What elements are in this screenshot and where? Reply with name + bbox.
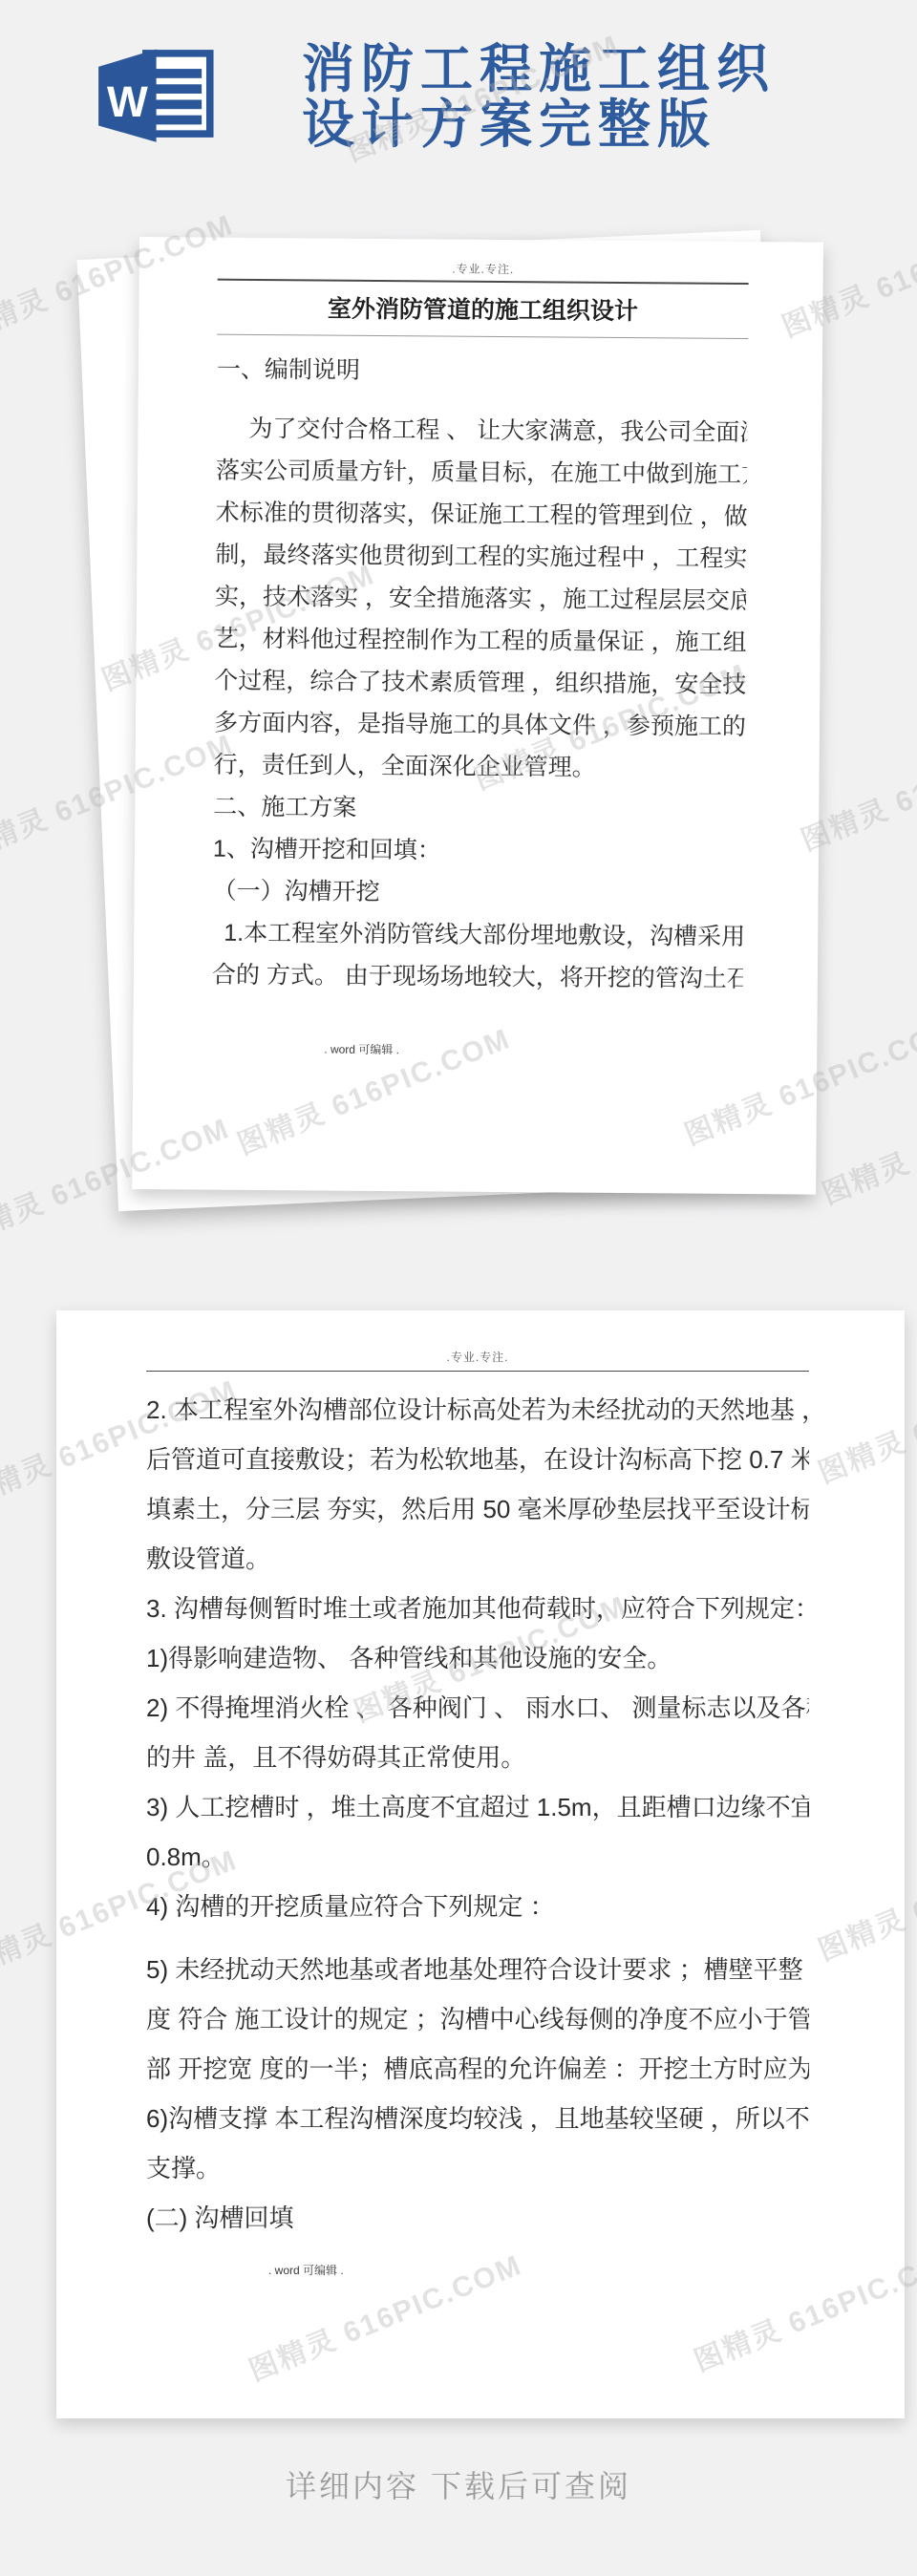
doc-text-line: 多方面内容，是指导施工的具体文件 ，参预施工的各方人员均应遵照执	[214, 702, 745, 748]
doc-text-line: 1)得影响建造物、 各种管线和其他设施的安全。	[146, 1633, 809, 1683]
doc-text-line: 为了交付合格工程 、 让大家满意，我公司全面深化企业管理 ，贯彻	[216, 408, 747, 454]
doc-text-line: 合的 方式。 由于现场场地较大，将开挖的管沟土石方就地堆放。	[212, 954, 743, 1000]
doc-brand-text: .专业.专注.	[146, 1349, 809, 1365]
doc-title: 室外消防管道的施工组织设计	[217, 279, 748, 339]
doc-text-line: （一）沟槽开挖	[212, 870, 743, 916]
doc-brand-text: .专业.专注.	[218, 259, 749, 279]
doc-text-line: 4) 沟槽的开挖质量应符合下列规定 ：	[146, 1882, 809, 1931]
download-hint-text: 详细内容 下载后可查阅	[0, 2462, 917, 2506]
doc-editable-note: . word 可编辑 .	[324, 1041, 742, 1060]
doc-text-line: 后管道可直接敷设；若为松软地基，在设计沟标高下挖 0.7 米，然后回	[146, 1435, 809, 1484]
doc-text-line: 3) 人工挖槽时 ，堆土高度不宜超过 1.5m，且距槽口边缘不宜小于	[146, 1782, 809, 1832]
doc-text-line: 行，责任到人，全面深化企业管理。	[213, 744, 744, 790]
word-icon-letter: W	[107, 77, 148, 126]
doc-text-line: 填素土，分三层 夯实，然后用 50 毫米厚砂垫层找平至设计标高 ，再	[146, 1484, 809, 1534]
doc-text-line: 1.本工程室外消防管线大部份埋地敷设，沟槽采用人工、机械开挖相接	[212, 912, 743, 958]
page-title: 消防工程施工组织 设计方案完整版	[302, 42, 776, 153]
doc-text-line: 艺，材料他过程控制作为工程的质量保证 ，施工组织设计贯彻工程的整	[215, 618, 746, 664]
watermark: 图精灵 616PIC.COM	[815, 1065, 917, 1213]
doc-text-line: 3. 沟槽每侧暂时堆土或者施加其他荷载时，应符合下列规定：	[146, 1584, 809, 1633]
doc-text-line: 落实公司质量方针，质量目标，在施工中做到施工方案 ，推进进度，技	[216, 450, 747, 496]
word-file-icon: W	[84, 40, 239, 147]
doc-text-line: 个过程，综合了技术素质管理 ，组织措施，安全技术措施，文明生产等	[214, 660, 745, 706]
doc-text-line: 的井 盖，且不得妨碍其正常使用。	[146, 1733, 809, 1782]
doc-text-line: 实，技术落实 ，安全措施落实 ，施工过程层层交底 ，用先进的技术工	[215, 576, 746, 622]
document-preview-page1[interactable]: .专业.专注. 室外消防管道的施工组织设计 一、编制说明为了交付合格工程 、 让…	[139, 237, 823, 1189]
doc-text-line: (二) 沟槽回填	[146, 2193, 809, 2243]
doc-text-line: 二、施工方案	[213, 786, 744, 832]
doc-body: 2. 本工程室外沟槽部位设计标高处若为未经扰动的天然地基 ，经平整后管道可直接敷…	[146, 1385, 809, 2243]
header: W 消防工程施工组织 设计方案完整版	[84, 40, 776, 153]
doc-text-line: 一、编制说明	[217, 349, 748, 394]
doc-editable-note: . word 可编辑 .	[268, 2262, 809, 2278]
paper-front-sheet: .专业.专注. 室外消防管道的施工组织设计 一、编制说明为了交付合格工程 、 让…	[132, 237, 823, 1195]
doc-text-line: 支撑。	[146, 2143, 809, 2193]
doc-text-line: 2) 不得掩埋消火栓 、 各种阀门 、 雨水口、 测量标志以及各种地下管道	[146, 1683, 809, 1733]
document-preview-page2[interactable]: .专业.专注. 2. 本工程室外沟槽部位设计标高处若为未经扰动的天然地基 ，经平…	[56, 1310, 905, 2418]
doc-text-line: 0.8m。	[146, 1832, 809, 1882]
doc-text-line: 敷设管道。	[146, 1534, 809, 1584]
doc-text-line: 2. 本工程室外沟槽部位设计标高处若为未经扰动的天然地基 ，经平整	[146, 1385, 809, 1435]
page-title-line2: 设计方案完整版	[302, 97, 776, 153]
page-title-line1: 消防工程施工组织	[302, 42, 776, 97]
doc-text-line: 1、沟槽开挖和回填：	[213, 828, 744, 874]
doc-text-line: 6)沟槽支撑 本工程沟槽深度均较浅 ，且地基较坚硬 ，所以不考虑沟槽	[146, 2094, 809, 2143]
doc-text-line: 制，最终落实他贯彻到工程的实施过程中 ，工程实施阶段应做到组织落	[215, 534, 746, 580]
page-canvas: 图精灵 616PIC.COM 图精灵 616PIC.COM 图精灵 616PIC…	[0, 0, 917, 2576]
doc-text-line: 术标准的贯彻落实，保证施工工程的管理到位 ，做到安全施工，质量控	[216, 492, 747, 538]
doc-text-line: 部 开挖宽 度的一半；槽底高程的允许偏差 ：开挖土方时应为 ±20mm。	[146, 2044, 809, 2094]
doc-body: 一、编制说明为了交付合格工程 、 让大家满意，我公司全面深化企业管理 ，贯彻落实…	[212, 349, 748, 1000]
doc-text-line: 度 符合 施工设计的规定 ；沟槽中心线每侧的净度不应小于管道沟槽底	[146, 1994, 809, 2044]
doc-text-line: 5) 未经扰动天然地基或者地基处理符合设计要求 ；槽壁平整 ，边坡坡	[146, 1945, 809, 1994]
header-rule	[146, 1371, 809, 1372]
